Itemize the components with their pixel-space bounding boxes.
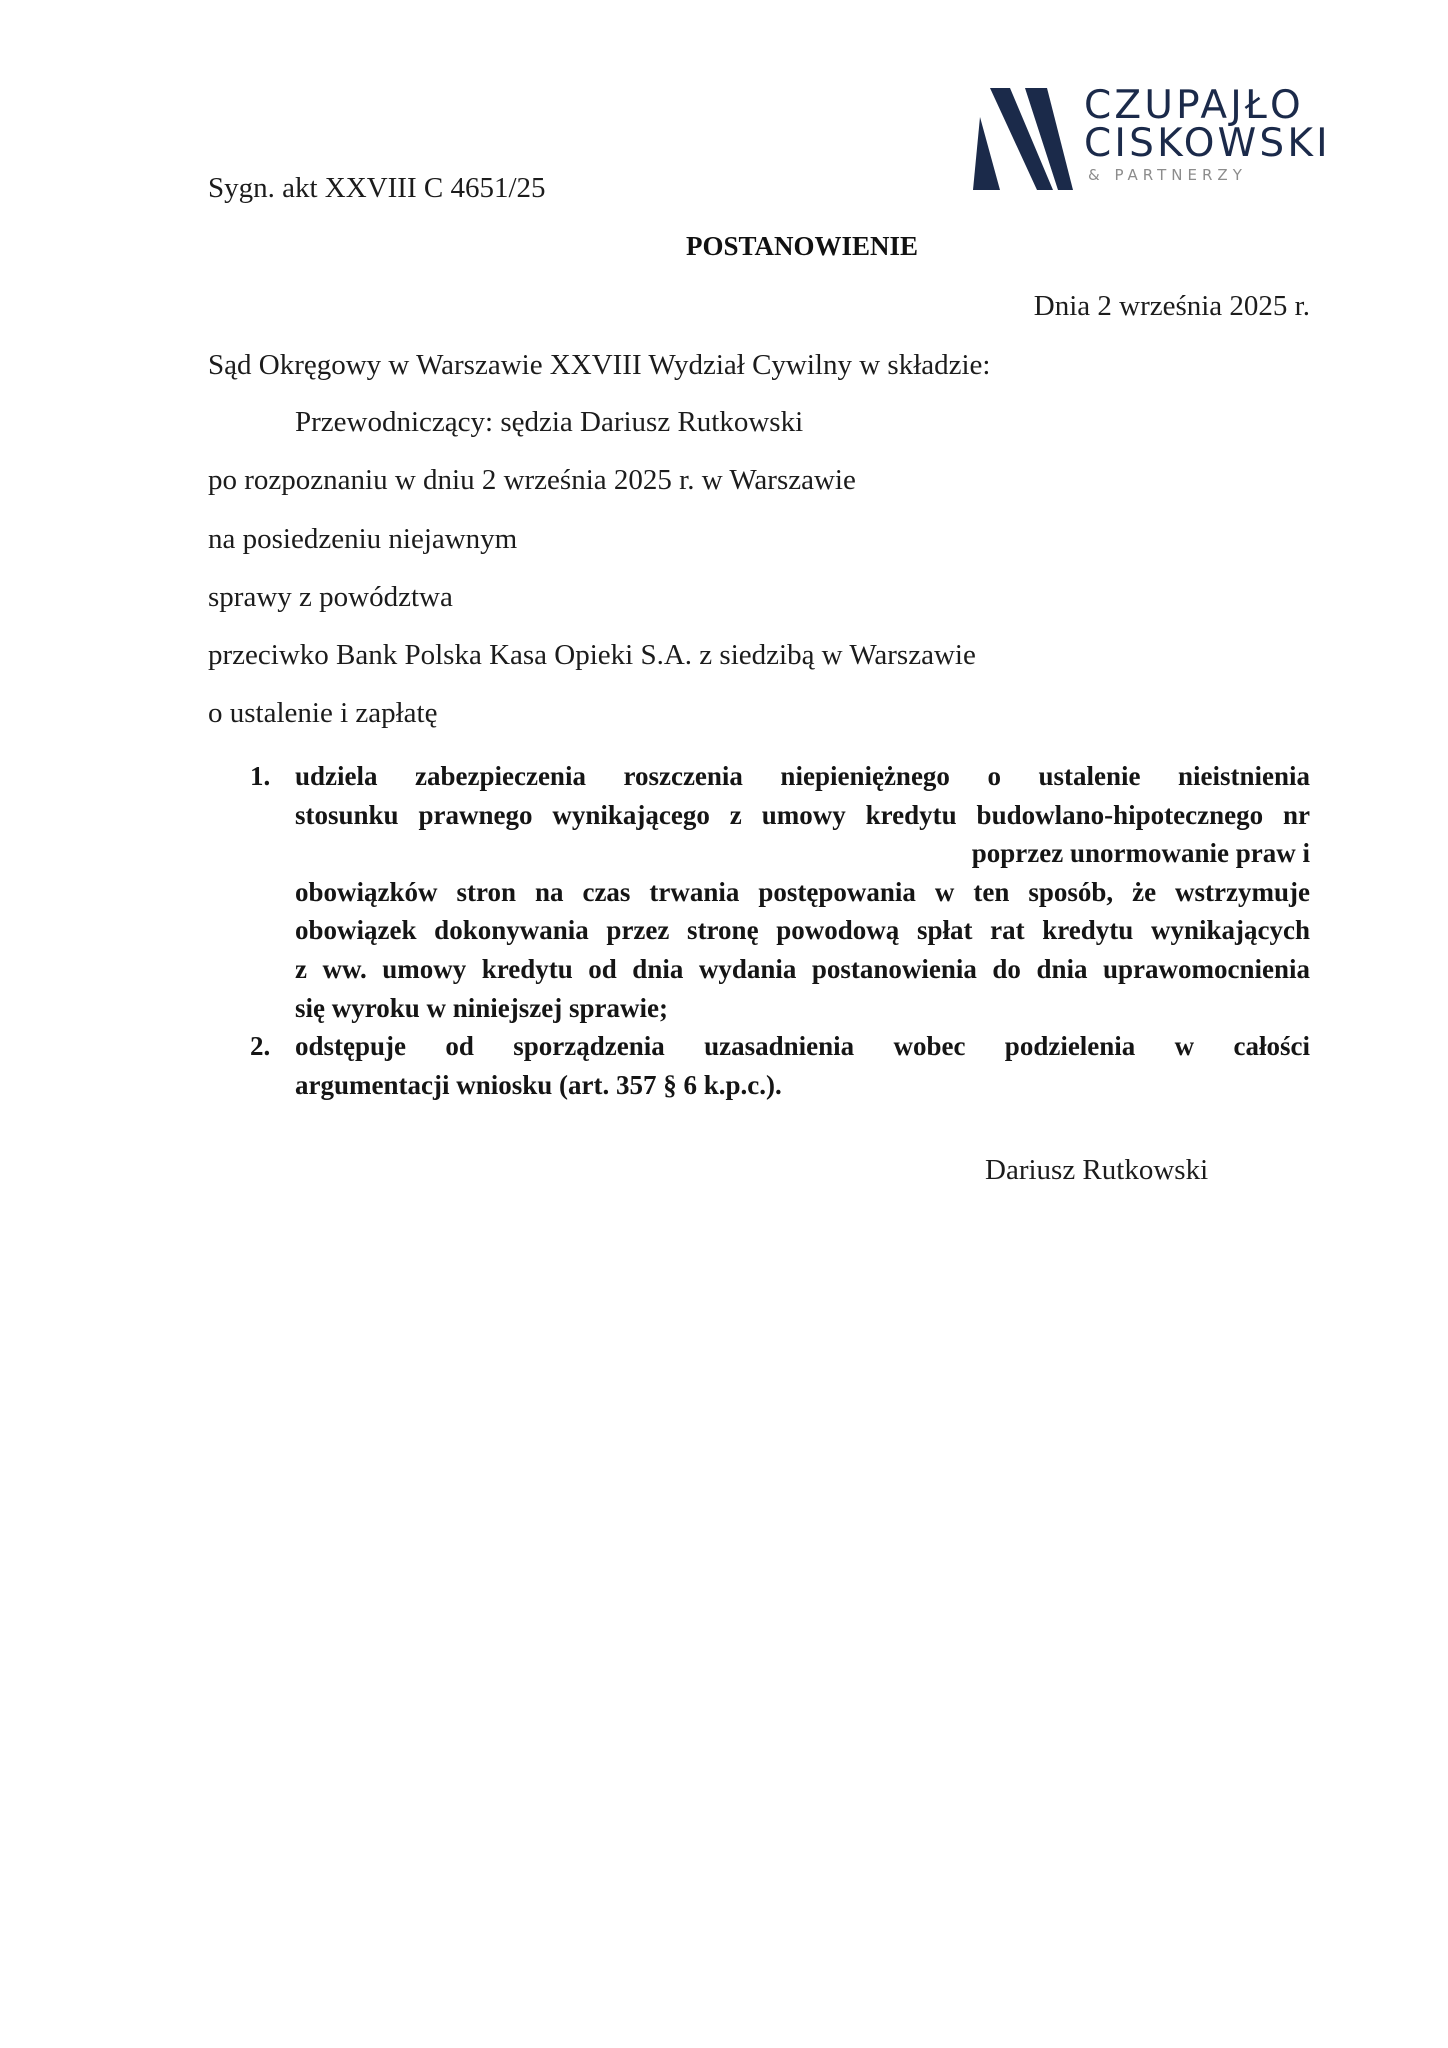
decision-line: się wyroku w niniejszej sprawie;	[295, 989, 1310, 1028]
decision-line: udziela zabezpieczenia roszczenia niepie…	[295, 757, 1310, 796]
decision-list: 1. udziela zabezpieczenia roszczenia nie…	[250, 757, 1310, 1104]
hearing-info: po rozpoznaniu w dniu 2 września 2025 r.…	[208, 462, 856, 498]
decision-item-2: 2. odstępuje od sporządzenia uzasadnieni…	[250, 1027, 1310, 1104]
decision-line: z ww. umowy kredytu od dnia wydania post…	[295, 950, 1310, 989]
logo-name-line-1: CZUPAJŁO	[1084, 86, 1331, 124]
defendant: przeciwko Bank Polska Kasa Opieki S.A. z…	[208, 637, 976, 673]
law-firm-logo-text: CZUPAJŁO CISKOWSKI & PARTNERZY	[1084, 86, 1331, 183]
law-firm-logo-mark-icon	[960, 84, 1080, 194]
decision-item-1: 1. udziela zabezpieczenia roszczenia nie…	[250, 757, 1310, 1027]
session-type: na posiedzeniu niejawnym	[208, 521, 517, 557]
logo-partners: & PARTNERZY	[1084, 168, 1331, 183]
decision-number: 1.	[250, 757, 270, 796]
judge-signature: Dariusz Rutkowski	[985, 1152, 1208, 1188]
document-title: POSTANOWIENIE	[0, 228, 1448, 264]
decision-line: odstępuje od sporządzenia uzasadnienia w…	[295, 1027, 1310, 1066]
case-number: Sygn. akt XXVIII C 4651/25	[208, 170, 546, 206]
decision-line: obowiązek dokonywania przez stronę powod…	[295, 911, 1310, 950]
document-date: Dnia 2 września 2025 r.	[1034, 288, 1310, 324]
decision-number: 2.	[250, 1027, 270, 1066]
decision-line: argumentacji wniosku (art. 357 § 6 k.p.c…	[295, 1066, 1310, 1105]
decision-line: poprzez unormowanie praw i	[295, 834, 1310, 873]
court-composition: Sąd Okręgowy w Warszawie XXVIII Wydział …	[208, 347, 991, 383]
decision-line: stosunku prawnego wynikającego z umowy k…	[295, 796, 1310, 835]
decision-line: obowiązków stron na czas trwania postępo…	[295, 873, 1310, 912]
case-subject: o ustalenie i zapłatę	[208, 695, 437, 731]
logo-name-line-2: CISKOWSKI	[1084, 124, 1331, 162]
presiding-judge: Przewodniczący: sędzia Dariusz Rutkowski	[295, 404, 803, 440]
case-of-claim: sprawy z powództwa	[208, 579, 453, 615]
